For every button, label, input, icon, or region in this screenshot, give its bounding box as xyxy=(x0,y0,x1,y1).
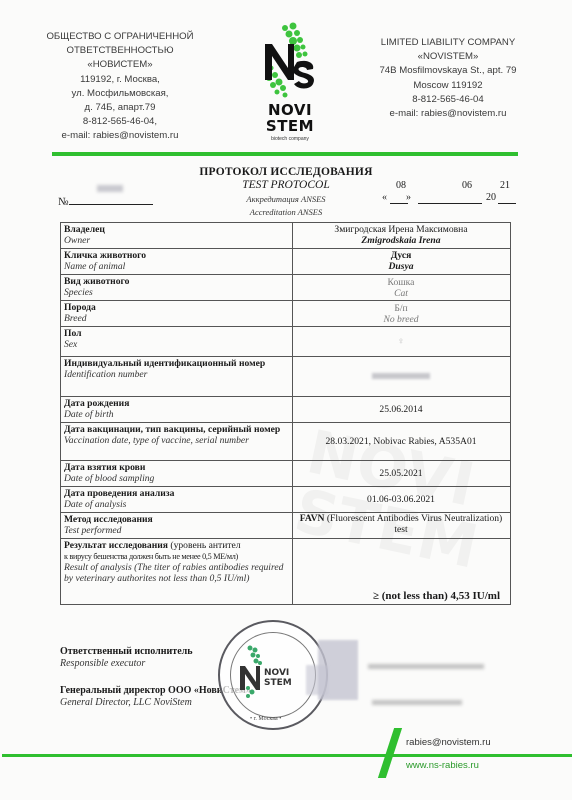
value-en: Zmigrodskaia Irena xyxy=(296,235,506,246)
header-ru-line: 8-812-565-46-04, xyxy=(40,115,200,129)
row-label: Дата проведения анализаDate of analysis xyxy=(61,487,293,513)
label-ru: Дата рождения xyxy=(64,398,288,409)
header-ru-line: ОБЩЕСТВО С ОГРАНИЧЕННОЙ xyxy=(40,30,200,44)
day-underline xyxy=(390,203,408,204)
row-label: ВладелецOwner xyxy=(61,223,293,249)
novistem-logo: NOVI STEM biotech company xyxy=(255,20,325,145)
month-underline xyxy=(418,203,482,204)
label-ru: Дата взятия крови xyxy=(64,462,288,473)
table-row: Метод исследованияTest performed FAVN (F… xyxy=(61,513,511,539)
redacted-director-name xyxy=(372,700,462,705)
row-value: 25.06.2014 xyxy=(293,397,511,423)
table-row: Результат исследования (уровень антител … xyxy=(61,539,511,605)
footer-website-link[interactable]: www.ns-rabies.ru xyxy=(406,760,479,771)
row-value: 01.06-03.06.2021 xyxy=(293,487,511,513)
stamp-logo-text: NOVISTEM xyxy=(264,668,294,688)
row-label: Вид животногоSpecies xyxy=(61,275,293,301)
stamp-stem: STEM xyxy=(264,678,292,688)
table-row: Индивидуальный идентификационный номерId… xyxy=(61,357,511,397)
protocol-number-field xyxy=(69,193,153,205)
protocol-number: № xyxy=(58,193,153,208)
row-label: Индивидуальный идентификационный номерId… xyxy=(61,357,293,397)
redacted-executor-name xyxy=(368,664,484,669)
sex-value: ♀ xyxy=(296,336,506,347)
row-value: 25.05.2021 xyxy=(293,461,511,487)
value-ru: Б/п xyxy=(296,303,506,314)
row-label: Результат исследования (уровень антител … xyxy=(61,539,293,605)
titer-value: ≥ (not less than) 4,53 IU/ml xyxy=(373,590,500,602)
year-underline xyxy=(498,203,516,204)
row-value: Б/пNo breed xyxy=(293,301,511,327)
label-en: Name of animal xyxy=(64,261,288,272)
company-header-en: LIMITED LIABILITY COMPANY «NOVISTEM» 74B… xyxy=(368,36,528,121)
redacted-id-number xyxy=(372,373,430,379)
header-divider xyxy=(52,152,518,156)
footer-slash xyxy=(378,728,402,778)
value-ru: 25.05.2021 xyxy=(296,468,506,479)
row-label: Кличка животногоName of animal xyxy=(61,249,293,275)
label-ru: Порода xyxy=(64,302,288,313)
header-en-line: LIMITED LIABILITY COMPANY xyxy=(368,36,528,50)
protocol-date: 08 06 21 « » 20 xyxy=(382,180,532,210)
row-label: ПородаBreed xyxy=(61,301,293,327)
table-row: Вид животногоSpecies КошкаCat xyxy=(61,275,511,301)
header-en-line: 74B Mosfilmovskaya St., apt. 79 xyxy=(368,64,528,78)
value-ru: Змигродская Ирена Максимовна xyxy=(296,224,506,235)
responsible-executor: Ответственный исполнитель Responsible ex… xyxy=(60,646,193,670)
stamp-novi: NOVI xyxy=(264,668,289,678)
header-ru-line: ОТВЕТСТВЕННОСТЬЮ xyxy=(40,44,200,58)
row-value xyxy=(293,357,511,397)
row-label: Дата взятия кровиDate of blood sampling xyxy=(61,461,293,487)
number-sign: № xyxy=(58,196,69,208)
value-ru: 28.03.2021, Nobivac Rabies, A535A01 xyxy=(296,436,506,447)
table-row: ВладелецOwner Змигродская Ирена Максимов… xyxy=(61,223,511,249)
label-en: Date of birth xyxy=(64,409,288,420)
table-row: Кличка животногоName of animal ДусяDusya xyxy=(61,249,511,275)
company-header-ru: ОБЩЕСТВО С ОГРАНИЧЕННОЙ ОТВЕТСТВЕННОСТЬЮ… xyxy=(40,30,200,144)
label-ru: Владелец xyxy=(64,224,288,235)
label-ru: Дата проведения анализа xyxy=(64,488,288,499)
table-row: Дата вакцинации, тип вакцины, серийный н… xyxy=(61,423,511,461)
header-ru-line: ул. Мосфильмовская, xyxy=(40,87,200,101)
date-day: 08 xyxy=(396,180,406,191)
row-label: Метод исследованияTest performed xyxy=(61,513,293,539)
executor-ru: Ответственный исполнитель xyxy=(60,646,193,658)
value-en: Cat xyxy=(296,288,506,299)
footer-email-link[interactable]: rabies@novistem.ru xyxy=(406,737,491,748)
result-value: ≥ (not less than) 4,53 IU/ml xyxy=(293,539,511,605)
footer-divider xyxy=(2,754,572,757)
table-row: ПолSex ♀ xyxy=(61,327,511,357)
label-ru: Метод исследования xyxy=(64,514,288,525)
label-en: Vaccination date, type of vaccine, seria… xyxy=(64,435,288,446)
value-ru: Кошка xyxy=(296,277,506,288)
logo-tagline: biotech company xyxy=(255,136,325,142)
label-en: Species xyxy=(64,287,288,298)
table-row: ПородаBreed Б/пNo breed xyxy=(61,301,511,327)
row-value: Змигродская Ирена МаксимовнаZmigrodskaia… xyxy=(293,223,511,249)
header-en-line: «NOVISTEM» xyxy=(368,50,528,64)
label-en: Date of analysis xyxy=(64,499,288,510)
label-en: Result of analysis (The titer of rabies … xyxy=(64,562,288,584)
label-ru: Кличка животного xyxy=(64,250,288,261)
table-row: Дата рожденияDate of birth 25.06.2014 xyxy=(61,397,511,423)
label-ru: Пол xyxy=(64,328,288,339)
row-value: ДусяDusya xyxy=(293,249,511,275)
label-ru: Результат исследования xyxy=(64,540,168,551)
row-label: Дата вакцинации, тип вакцины, серийный н… xyxy=(61,423,293,461)
method-name: FAVN xyxy=(300,513,325,524)
value-ru: 01.06-03.06.2021 xyxy=(296,494,506,505)
row-value: ♀ xyxy=(293,327,511,357)
label-en: Owner xyxy=(64,235,288,246)
table-row: Дата взятия кровиDate of blood sampling … xyxy=(61,461,511,487)
redacted-number xyxy=(97,185,123,192)
date-century: 20 xyxy=(486,192,496,203)
value-ru: 25.06.2014 xyxy=(296,404,506,415)
director-en: General Director, LLC NoviStem xyxy=(60,697,251,709)
logo-text-stem: STEM xyxy=(255,117,325,135)
header-ru-line: e-mail: rabies@novistem.ru xyxy=(40,129,200,143)
row-value: КошкаCat xyxy=(293,275,511,301)
header-en-line: 8-812-565-46-04 xyxy=(368,93,528,107)
label-ru-small: к вирусу бешенства должен быть не менее … xyxy=(64,551,288,562)
row-label: ПолSex xyxy=(61,327,293,357)
header-en-line: Moscow 119192 xyxy=(368,79,528,93)
header-ru-line: «НОВИСТЕМ» xyxy=(40,58,200,72)
stamp-city: • г. Москва • xyxy=(250,716,281,722)
label-ru-rest: (уровень антител xyxy=(168,540,241,551)
protocol-table: ВладелецOwner Змигродская Ирена Максимов… xyxy=(60,222,511,605)
title-ru: ПРОТОКОЛ ИССЛЕДОВАНИЯ xyxy=(0,166,572,178)
header-ru-line: д. 74Б, апарт.79 xyxy=(40,101,200,115)
label-ru: Вид животного xyxy=(64,276,288,287)
value-en: Dusya xyxy=(296,261,506,272)
close-quote: » xyxy=(406,192,411,203)
method-desc: (Fluorescent Antibodies Virus Neutraliza… xyxy=(324,513,502,535)
row-label: Дата рожденияDate of birth xyxy=(61,397,293,423)
open-quote: « xyxy=(382,192,387,203)
date-month: 06 xyxy=(462,180,472,191)
row-value: FAVN (Fluorescent Antibodies Virus Neutr… xyxy=(293,513,511,539)
header-ru-line: 119192, г. Москва, xyxy=(40,73,200,87)
row-value: 28.03.2021, Nobivac Rabies, A535A01 xyxy=(293,423,511,461)
redacted-signature xyxy=(306,665,328,695)
table-row: Дата проведения анализаDate of analysis … xyxy=(61,487,511,513)
label-ru: Индивидуальный идентификационный номер xyxy=(64,358,288,369)
label-en: Test performed xyxy=(64,525,288,536)
label-en: Identification number xyxy=(64,369,288,380)
label-ru: Дата вакцинации, тип вакцины, серийный н… xyxy=(64,424,288,435)
value-ru: Дуся xyxy=(296,250,506,261)
executor-en: Responsible executor xyxy=(60,658,193,670)
label-en: Sex xyxy=(64,339,288,350)
header-en-line: e-mail: rabies@novistem.ru xyxy=(368,107,528,121)
date-year: 21 xyxy=(500,180,510,191)
ns-logo-icon xyxy=(255,20,325,100)
label-en: Date of blood sampling xyxy=(64,473,288,484)
value-en: No breed xyxy=(296,314,506,325)
label-en: Breed xyxy=(64,313,288,324)
